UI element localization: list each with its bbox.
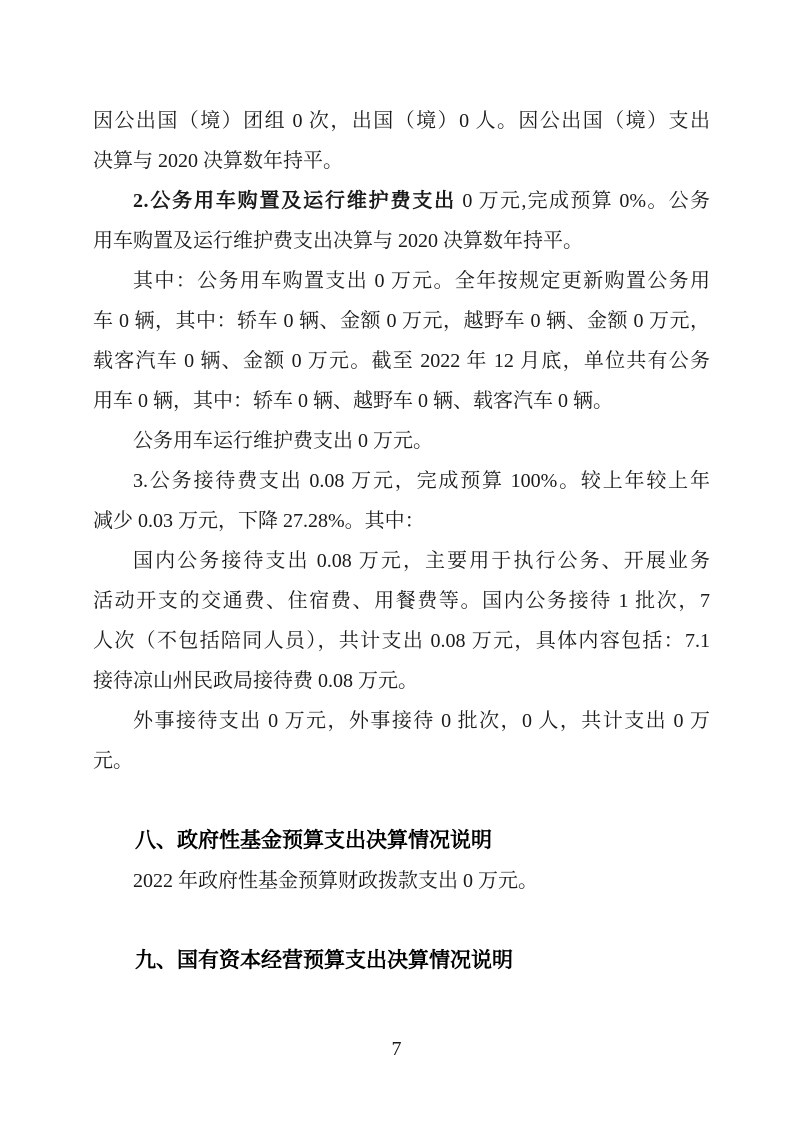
paragraph: 因公出国（境）团组 0 次，出国（境）0 人。因公出国（境）支出决算与 2020… [93,101,710,181]
text-line: 活动开支的交通费、住宿费、用餐费等。国内公务接待 1 批次，7 [93,581,710,621]
text-line: 其中：公务用车购置支出 0 万元。全年按规定更新购置公务用 [93,261,710,301]
paragraph: 外事接待支出 0 万元，外事接待 0 批次，0 人，共计支出 0 万元。 [93,701,710,781]
paragraph: 2022 年政府性基金预算财政拨款支出 0 万元。 [93,861,710,901]
page-footer: 7 [0,1038,793,1061]
paragraph: 2.公务用车购置及运行维护费支出 0 万元,完成预算 0%。公务用车购置及运行维… [93,181,710,261]
text-line: 外事接待支出 0 万元，外事接待 0 批次，0 人，共计支出 0 万 [93,701,710,741]
section-heading-gov-fund-budget: 八、政府性基金预算支出决算情况说明 [93,821,710,861]
paragraph: 其中：公务用车购置支出 0 万元。全年按规定更新购置公务用车 0 辆，其中：轿车… [93,261,710,421]
paragraph: 国内公务接待支出 0.08 万元，主要用于执行公务、开展业务活动开支的交通费、住… [93,541,710,701]
text-line: 用车 0 辆，其中：轿车 0 辆、越野车 0 辆、载客汽车 0 辆。 [93,381,710,421]
bold-run: 2.公务用车购置及运行维护费支出 [133,190,456,212]
document-page: 因公出国（境）团组 0 次，出国（境）0 人。因公出国（境）支出决算与 2020… [0,0,793,1122]
page-number: 7 [392,1038,402,1060]
text-line: 元。 [93,741,710,781]
section-heading-state-capital-budget: 九、国有资本经营预算支出决算情况说明 [93,941,710,981]
text-line: 决算与 2020 决算数年持平。 [93,141,710,181]
text-line: 国内公务接待支出 0.08 万元，主要用于执行公务、开展业务 [93,541,710,581]
text-line: 2.公务用车购置及运行维护费支出 0 万元,完成预算 0%。公务 [93,181,710,221]
text-line: 因公出国（境）团组 0 次，出国（境）0 人。因公出国（境）支出 [93,101,710,141]
text-line: 2022 年政府性基金预算财政拨款支出 0 万元。 [93,861,710,901]
text-line: 3.公务接待费支出 0.08 万元，完成预算 100%。较上年较上年 [93,461,710,501]
text-line: 接待凉山州民政局接待费 0.08 万元。 [93,661,710,701]
document-content: 因公出国（境）团组 0 次，出国（境）0 人。因公出国（境）支出决算与 2020… [93,101,710,981]
text-line: 减少 0.03 万元，下降 27.28%。其中： [93,501,710,541]
text-line: 车 0 辆，其中：轿车 0 辆、金额 0 万元，越野车 0 辆、金额 0 万元， [93,301,710,341]
paragraph: 3.公务接待费支出 0.08 万元，完成预算 100%。较上年较上年减少 0.0… [93,461,710,541]
paragraph: 公务用车运行维护费支出 0 万元。 [93,421,710,461]
text-line: 载客汽车 0 辆、金额 0 万元。截至 2022 年 12 月底，单位共有公务 [93,341,710,381]
text-line: 人次（不包括陪同人员），共计支出 0.08 万元，具体内容包括：7.1 [93,621,710,661]
text-line: 用车购置及运行维护费支出决算与 2020 决算数年持平。 [93,221,710,261]
text-line: 公务用车运行维护费支出 0 万元。 [93,421,710,461]
